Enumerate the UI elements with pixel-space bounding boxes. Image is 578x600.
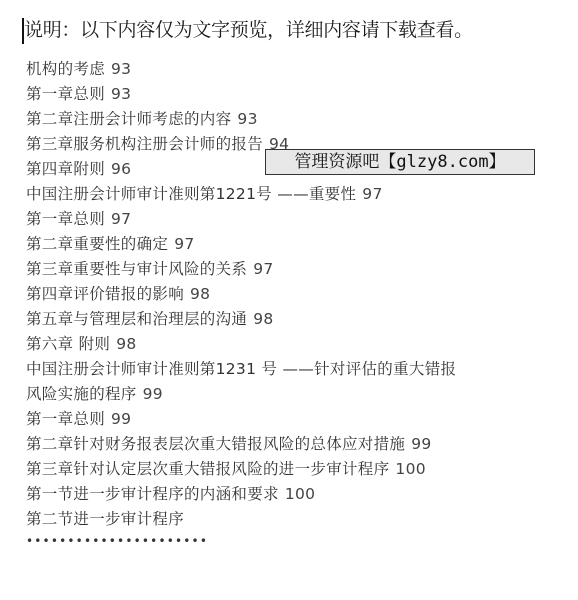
toc-entry-page: 97: [362, 185, 382, 203]
toc-entry-title: 中国注册会计师审计准则第1231 号 ——针对评估的重大错报: [26, 360, 456, 378]
toc-entry-page: 98: [190, 285, 210, 303]
toc-entry-page: 97: [253, 260, 273, 278]
toc-entry: 第一章总则97: [26, 207, 462, 232]
toc-entry-title: 第一章总则: [26, 85, 105, 103]
toc-entry: 第一章总则93: [26, 82, 462, 107]
toc-entry-page: 100: [285, 485, 316, 503]
toc-entry-title: 第三章重要性与审计风险的关系: [26, 260, 247, 278]
toc-entry-title: 第四章附则: [26, 160, 105, 178]
toc-entry: 第二章注册会计师考虑的内容93: [26, 107, 462, 132]
toc-entry: 第一节进一步审计程序的内涵和要求100: [26, 482, 462, 507]
toc-entry-page: 98: [116, 335, 136, 353]
table-of-contents: 机构的考虑93 第一章总则93 第二章注册会计师考虑的内容93 第三章服务机构注…: [26, 57, 462, 532]
toc-entry-page: 99: [411, 435, 431, 453]
toc-entry: 机构的考虑93: [26, 57, 462, 82]
toc-entry-title: 第二章针对财务报表层次重大错报风险的总体应对措施: [26, 435, 405, 453]
watermark-banner: 管理资源吧【glzy8.com】: [265, 149, 535, 175]
toc-entry: 第三章重要性与审计风险的关系97: [26, 257, 462, 282]
toc-entry: 第二章重要性的确定97: [26, 232, 462, 257]
toc-entry-page: 99: [111, 410, 131, 428]
toc-entry-page: 93: [237, 110, 257, 128]
toc-entry-title: 机构的考虑: [26, 60, 105, 78]
toc-entry-title: 第四章评价错报的影响: [26, 285, 184, 303]
toc-entry-title: 第六章 附则: [26, 335, 110, 353]
toc-entry: 第四章评价错报的影响98: [26, 282, 462, 307]
toc-entry-page: 93: [111, 60, 131, 78]
toc-entry-page: 99: [143, 385, 163, 403]
toc-entry: 中国注册会计师审计准则第1231 号 ——针对评估的重大错报: [26, 357, 462, 382]
toc-entry-title: 中国注册会计师审计准则第1221号 ——重要性: [26, 185, 356, 203]
toc-entry: 第二章针对财务报表层次重大错报风险的总体应对措施99: [26, 432, 462, 457]
toc-entry: 第二节进一步审计程序: [26, 507, 462, 532]
toc-entry-title: 第三章针对认定层次重大错报风险的进一步审计程序: [26, 460, 389, 478]
toc-entry: 中国注册会计师审计准则第1221号 ——重要性97: [26, 182, 462, 207]
toc-entry-title: 第二节进一步审计程序: [26, 510, 184, 528]
toc-entry-title: 第一章总则: [26, 410, 105, 428]
toc-entry: 风险实施的程序99: [26, 382, 462, 407]
toc-entry-title: 第一节进一步审计程序的内涵和要求: [26, 485, 279, 503]
toc-entry: 第一章总则99: [26, 407, 462, 432]
toc-entry-page: 97: [174, 235, 194, 253]
toc-entry-title: 风险实施的程序: [26, 385, 137, 403]
toc-entry: 第六章 附则98: [26, 332, 462, 357]
toc-entry-title: 第二章重要性的确定: [26, 235, 168, 253]
toc-entry: 第五章与管理层和治理层的沟通98: [26, 307, 462, 332]
preview-notice: 说明：以下内容仅为文字预览，详细内容请下载查看。: [24, 16, 473, 44]
toc-entry-title: 第三章服务机构注册会计师的报告: [26, 135, 263, 153]
toc-entry-page: 93: [111, 85, 131, 103]
ellipsis-dots: ••••••••••••••••••••••: [26, 534, 208, 548]
toc-entry: 第三章针对认定层次重大错报风险的进一步审计程序100: [26, 457, 462, 482]
toc-entry-title: 第五章与管理层和治理层的沟通: [26, 310, 247, 328]
toc-entry-page: 98: [253, 310, 273, 328]
toc-entry-title: 第一章总则: [26, 210, 105, 228]
toc-entry-page: 97: [111, 210, 131, 228]
toc-entry-title: 第二章注册会计师考虑的内容: [26, 110, 231, 128]
toc-entry-page: 100: [395, 460, 426, 478]
toc-entry-page: 96: [111, 160, 131, 178]
